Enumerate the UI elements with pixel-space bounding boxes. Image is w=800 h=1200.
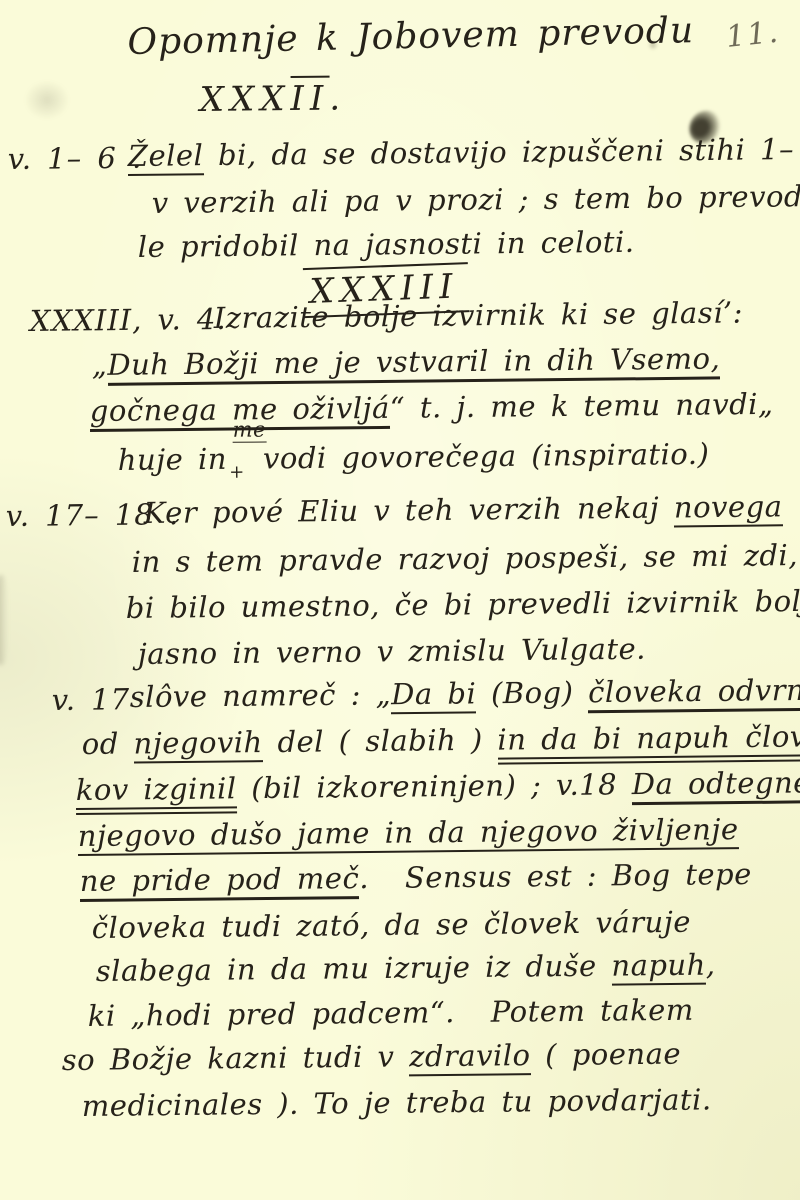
manuscript-line: gočnega me oživljá“ t. j. me k temu navd…: [90, 387, 774, 428]
manuscript-line: Želel bi, da se dostavijo izpuščeni stih…: [128, 132, 800, 173]
chapter-heading-xxxii: XXXII.: [200, 78, 347, 120]
manuscript-line: so Božje kazni tudi v zdravilo ( poenae: [62, 1037, 682, 1077]
manuscript-line: huje inme+vodi govorečega (inspiratio.): [118, 435, 710, 477]
manuscript-line: ne pride pod meč.Sensus est : Bog tepe: [80, 857, 752, 898]
manuscript-line: „Duh Božji me je vstvaril in dih Vsemo,: [92, 341, 721, 382]
manuscript-line: v verzih ali pa v prozi ; s tem bo prevo…: [152, 179, 800, 220]
manuscript-page: Opomnje k Jobovem prevodu 11. XXXII. v. …: [0, 0, 800, 1200]
manuscript-line: Izrazite bolje izvirnik ki se glasí’:: [214, 295, 743, 335]
underlined-text: Duh Božji me je vstvaril in dih Vsemo,: [107, 341, 720, 385]
page-number: 11.: [724, 15, 781, 55]
manuscript-line: jasno in verno v zmislu Vulgate.: [138, 632, 646, 671]
verse-label-17: v. 17: [52, 682, 131, 717]
manuscript-line: medicinales ). To je treba tu povdarjati…: [82, 1082, 712, 1123]
manuscript-line: le pridobil na jasnosti in celoti.: [138, 225, 635, 264]
underlined-text: njegovo dušo jame in da njegovo življenj…: [78, 812, 739, 856]
underlined-text: človeka odvrnil: [588, 673, 800, 713]
manuscript-line: Ker pové Eliu v teh verzih nekaj novega: [144, 489, 783, 530]
underlined-text: zdravilo: [409, 1038, 531, 1076]
manuscript-line: bi bilo umestno, če bi prevedli izvirnik…: [126, 584, 800, 625]
underlined-text: ne pride pod meč: [80, 861, 360, 902]
manuscript-line: slabega in da mu izruje iz duše napuh,: [96, 948, 716, 988]
manuscript-line: človeka tudi zató, da se človek váruje: [92, 905, 691, 945]
double-underlined-text: kov izginil: [76, 771, 237, 815]
manuscript-line: kov izginil (bil izkoreninjen) ; v.18 Da…: [76, 765, 800, 807]
underlined-text: Da odtegne: [632, 765, 800, 805]
verse-label-xxxiii-4: XXXIII, v. 4.: [30, 302, 227, 338]
verse-label-1-6: v. 1– 6 .: [8, 141, 143, 176]
underlined-text: njegovih: [133, 725, 263, 763]
manuscript-line: ki „hodi pred padcem“.Potem takem: [88, 993, 694, 1033]
insertion-text: me: [233, 417, 267, 442]
manuscript-line: in s tem pravde razvoj pospeši, se mi zd…: [132, 537, 800, 579]
manuscript-line: njegovo dušo jame in da njegovo življenj…: [78, 812, 739, 853]
scan-edge-shadow: [0, 575, 8, 665]
underlined-text: Da bi: [391, 676, 476, 714]
inserted-word: me+: [227, 439, 263, 468]
underlined-text: Želel: [128, 138, 204, 176]
manuscript-line: od njegovih del ( slabih ) in da bi napu…: [82, 719, 800, 761]
caret-mark: +: [229, 462, 245, 483]
double-underlined-text: in da bi napuh člove: [497, 719, 800, 764]
overlined-numeral: II: [290, 76, 329, 119]
manuscript-line: slôve namreč : „Da bi (Bog) človeka odvr…: [130, 673, 800, 714]
page-title: Opomnje k Jobovem prevodu: [127, 10, 694, 63]
underlined-text: napuh: [611, 948, 706, 986]
title-text: Opomnje k Jobovem prevodu: [127, 10, 694, 63]
underlined-text: novega: [674, 489, 783, 527]
paper-smudge: [24, 80, 70, 120]
